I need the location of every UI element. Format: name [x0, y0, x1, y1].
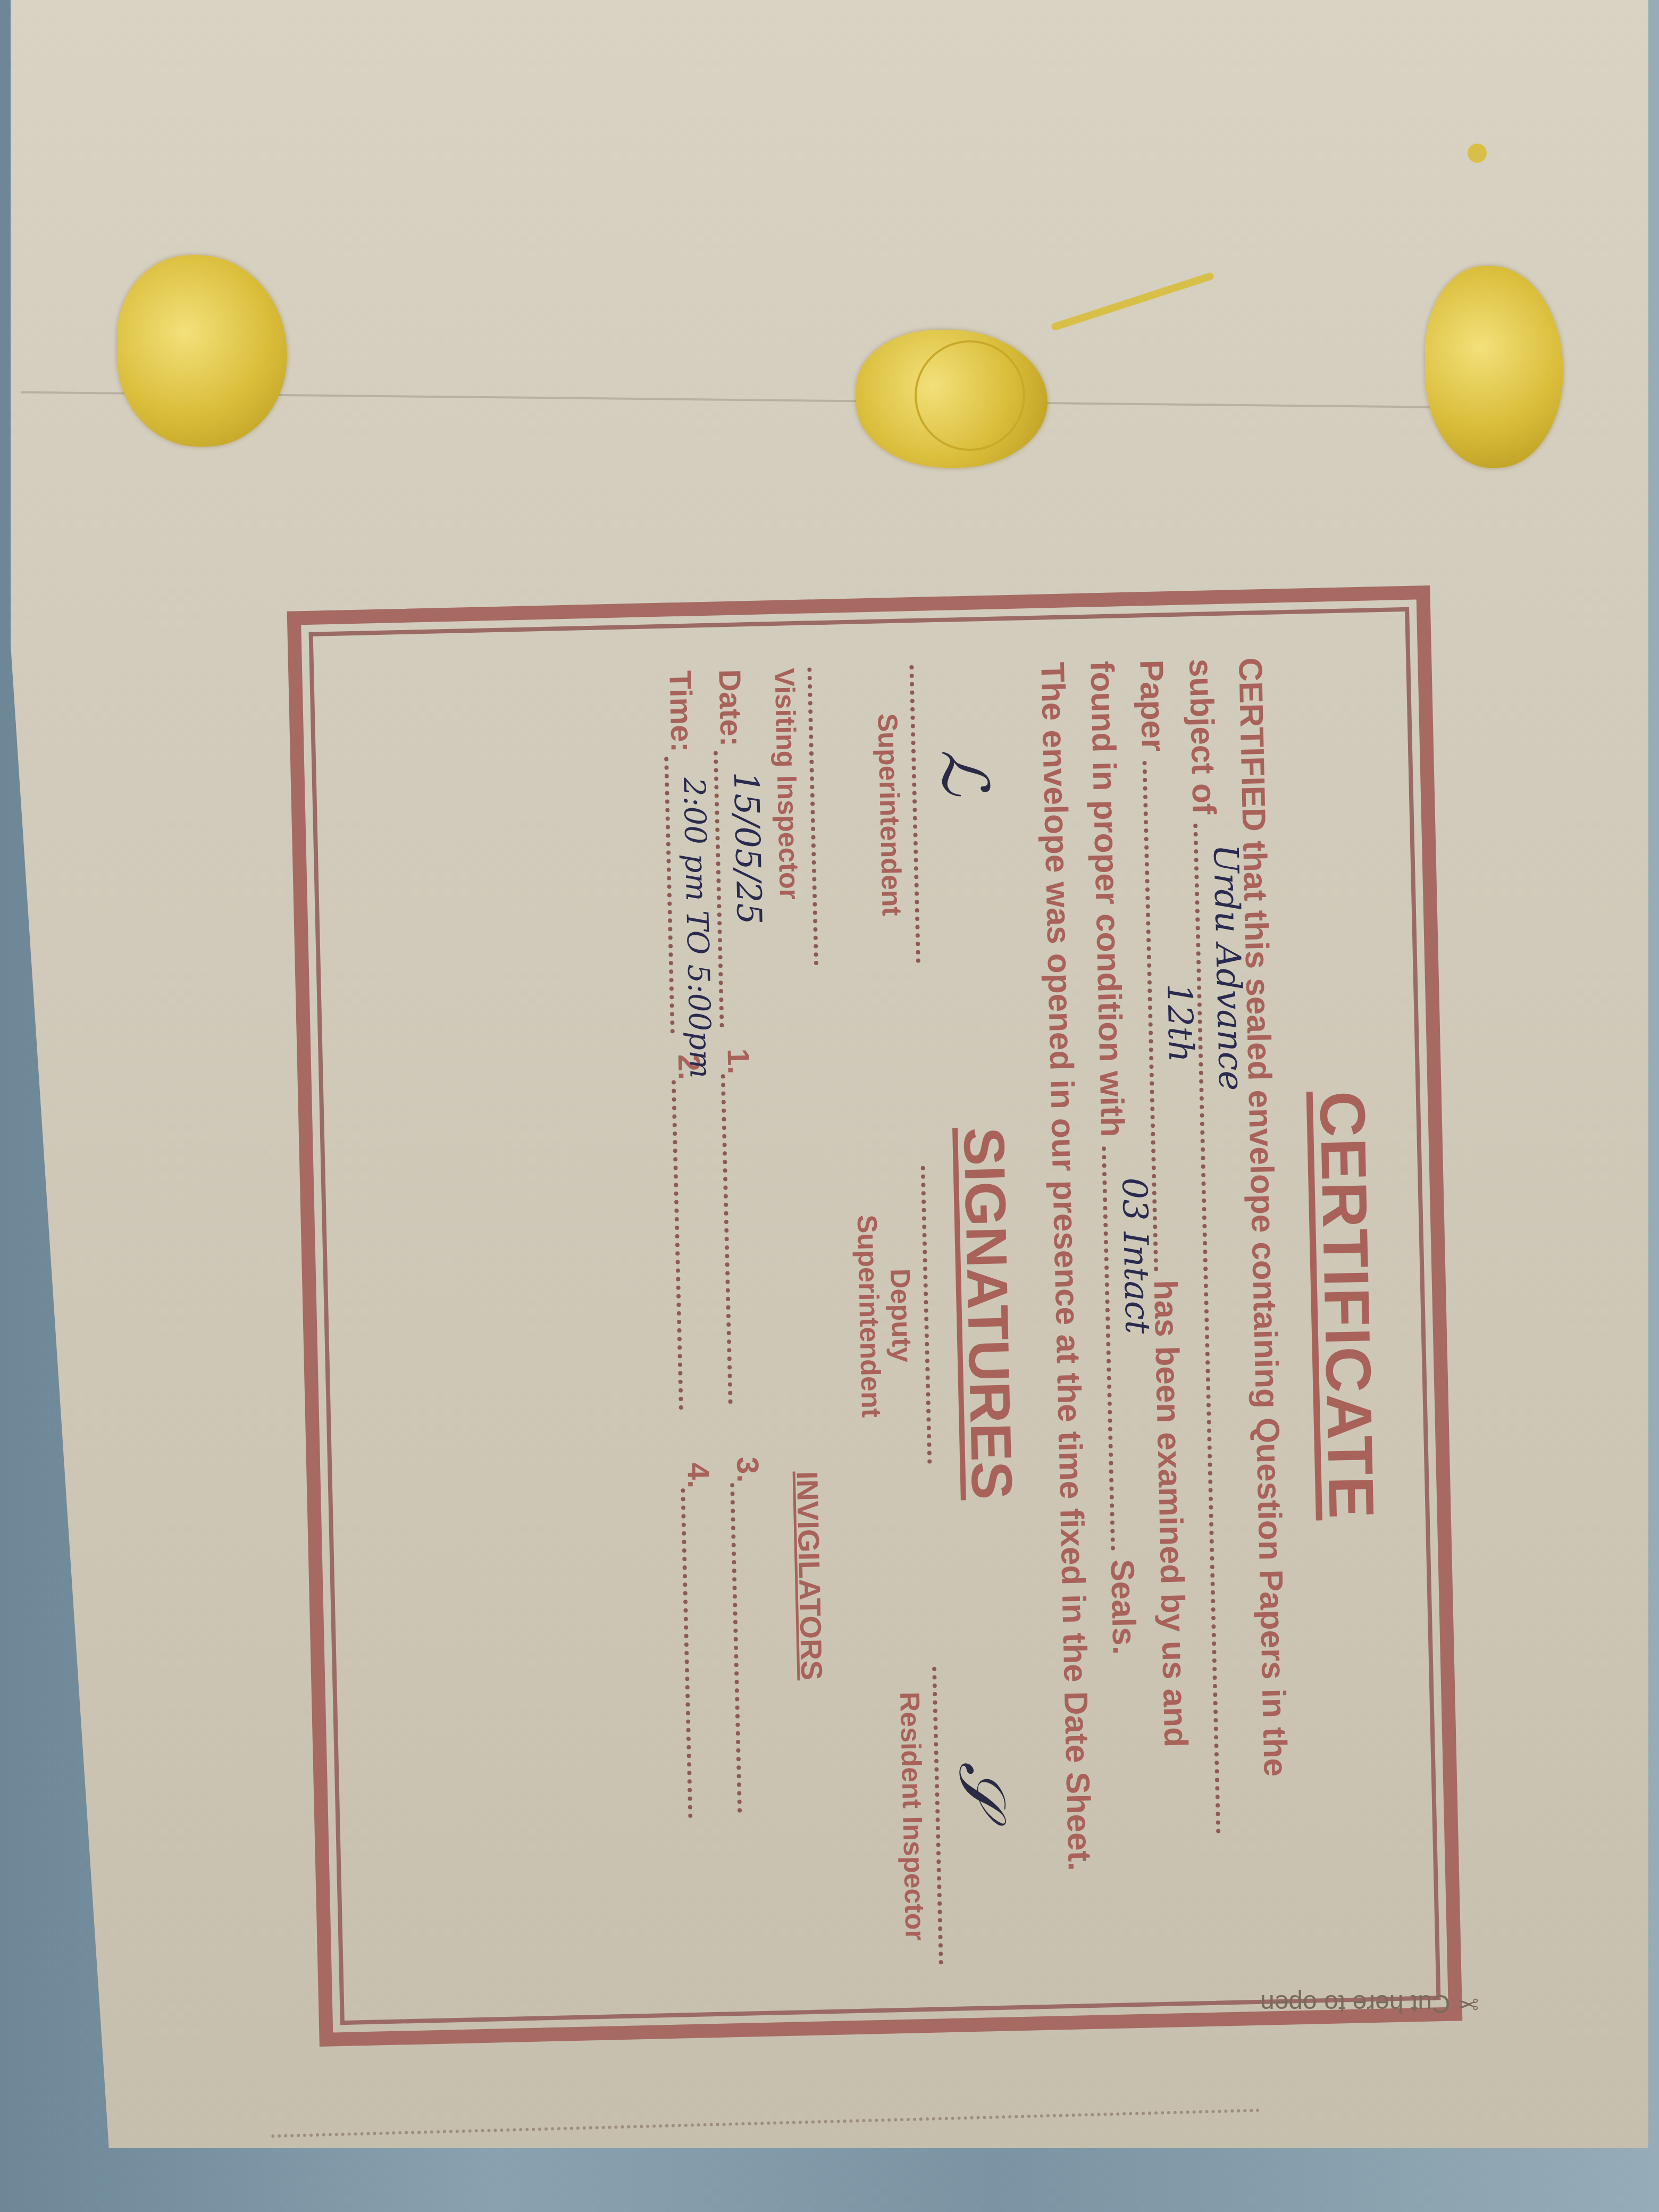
time-field[interactable]: 2:00 pm TO 5:00pm [664, 757, 680, 1033]
invigilator-4-field[interactable] [681, 1488, 698, 1818]
wax-drop [1468, 144, 1487, 163]
cut-here-instruction: ✂ Cut here to open [1260, 1989, 1479, 2018]
certificate-area: CERTIFICATE CERTIFIED that this sealed e… [295, 590, 1454, 2042]
visiting-inspector-block[interactable]: Visiting Inspector [768, 667, 824, 966]
certificate-border: CERTIFICATE CERTIFIED that this sealed e… [287, 585, 1463, 2047]
signatures-row: ℒ Superintendent Deputy Superintendent 𝒮… [838, 665, 948, 1966]
invigilator-1-field[interactable] [721, 1074, 738, 1404]
signature-resident-inspector[interactable]: 𝒮 Resident Inspector [861, 1666, 949, 1966]
date-value: 15/05/25 [726, 771, 769, 925]
signature-superintendent[interactable]: ℒ Superintendent [838, 665, 926, 965]
paper-label: Paper [1133, 659, 1171, 752]
cut-here-text: Cut here to open [1260, 1989, 1451, 2017]
date-field[interactable]: 15/05/25 [714, 751, 730, 1027]
invigilator-2-field[interactable] [672, 1080, 689, 1410]
visiting-inspector-label: Visiting Inspector [768, 668, 807, 966]
seals-field[interactable]: 03 Intact [1102, 1146, 1120, 1550]
time-label: Time: [662, 670, 699, 752]
signature-deputy-superintendent[interactable]: Deputy Superintendent [850, 1166, 937, 1465]
invigilator-slot-4: 4. [680, 1462, 716, 1489]
signature-scrawl-resident-inspector: 𝒮 [944, 1761, 1019, 1812]
invigilator-slot-3: 3. [730, 1456, 766, 1483]
date-label: Date: [711, 669, 749, 747]
seal-stamp-impression [915, 340, 1025, 451]
paper-suffix: has been examined by us and [1147, 1280, 1194, 1748]
lower-section: Visiting Inspector INVIGILATORS [761, 667, 846, 1968]
subject-value: Urdu Advance [1205, 844, 1250, 1091]
signature-line [921, 1166, 937, 1464]
seals-value: 03 Intact [1114, 1177, 1157, 1334]
seals-suffix: Seals. [1104, 1559, 1143, 1655]
subject-field[interactable]: Urdu Advance [1193, 824, 1226, 1834]
signature-line [807, 667, 824, 965]
signature-label: Resident Inspector [893, 1667, 932, 1965]
invigilator-3-field[interactable] [730, 1483, 747, 1813]
certificate-body: CERTIFICATE CERTIFIED that this sealed e… [309, 607, 1441, 2025]
scissors-icon: ✂ [1457, 1989, 1479, 2017]
signature-label: Deputy Superintendent [850, 1166, 920, 1465]
subject-label: subject of [1182, 658, 1222, 815]
seals-label: found in proper condition with [1083, 660, 1130, 1137]
signature-label: Superintendent [870, 666, 909, 964]
invigilator-slot-1: 1. [720, 1048, 757, 1075]
invigilators-title: INVIGILATORS [790, 1471, 829, 1680]
signature-line [932, 1666, 949, 1964]
certificate-title: CERTIFICATE [1295, 655, 1398, 1956]
signature-scrawl-superintendent: ℒ [927, 748, 1002, 796]
time-value: 2:00 pm TO 5:00pm [676, 777, 718, 1078]
signature-line [909, 665, 926, 963]
paper-value: 12th [1159, 983, 1200, 1063]
